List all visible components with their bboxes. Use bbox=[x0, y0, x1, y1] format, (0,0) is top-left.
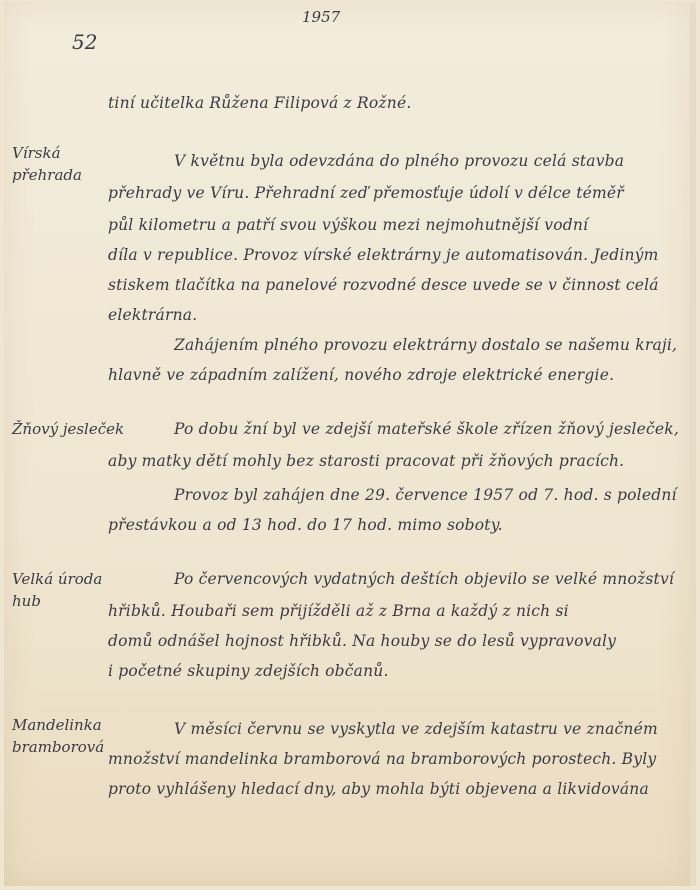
text-line: hřibků. Houbaři sem přijížděli až z Brna… bbox=[108, 602, 569, 620]
text-line: proto vyhlášeny hledací dny, aby mohla b… bbox=[108, 780, 649, 798]
margin-title: Mandelinka bramborová bbox=[12, 714, 104, 758]
text-line: Provoz byl zahájen dne 29. července 1957… bbox=[174, 486, 677, 504]
text-line: V měsíci červnu se vyskytla ve zdejším k… bbox=[174, 720, 658, 738]
text-line: V květnu byla odevzdána do plného provoz… bbox=[174, 152, 624, 170]
text-line: Po dobu žní byl ve zdejší mateřské škole… bbox=[174, 420, 679, 438]
text-line: půl kilometru a patří svou výškou mezi n… bbox=[108, 216, 588, 234]
text-line: hlavně ve západním zalížení, nového zdro… bbox=[108, 366, 614, 384]
margin-title: Žňový jesleček bbox=[12, 418, 124, 440]
text-line: díla v republice. Provoz vírské elektrár… bbox=[108, 246, 659, 264]
margin-title: Vírská přehrada bbox=[12, 142, 82, 186]
text-line: domů odnášel hojnost hřibků. Na houby se… bbox=[108, 632, 616, 650]
text-line: Po červencových vydatných deštích objevi… bbox=[174, 570, 674, 588]
text-line: i početné skupiny zdejších občanů. bbox=[108, 662, 389, 680]
page-number: 52 bbox=[72, 30, 97, 54]
page-year: 1957 bbox=[302, 8, 340, 26]
text-line: množství mandelinka bramborová na brambo… bbox=[108, 750, 656, 768]
margin-title: Velká úroda hub bbox=[12, 568, 102, 612]
text-line: přestávkou a od 13 hod. do 17 hod. mimo … bbox=[108, 516, 503, 534]
text-line: elektrárna. bbox=[108, 306, 197, 324]
text-line: aby matky dětí mohly bez starosti pracov… bbox=[108, 452, 624, 470]
text-line: přehrady ve Víru. Přehradní zeď přemosťu… bbox=[108, 184, 624, 202]
scanned-page: 1957 52 tiní učitelka Růžena Filipová z … bbox=[4, 2, 696, 886]
text-line: stiskem tlačítka na panelové rozvodné de… bbox=[108, 276, 659, 294]
intro-line: tiní učitelka Růžena Filipová z Rožné. bbox=[108, 94, 412, 112]
text-line: Zahájením plného provozu elektrárny dost… bbox=[174, 336, 677, 354]
